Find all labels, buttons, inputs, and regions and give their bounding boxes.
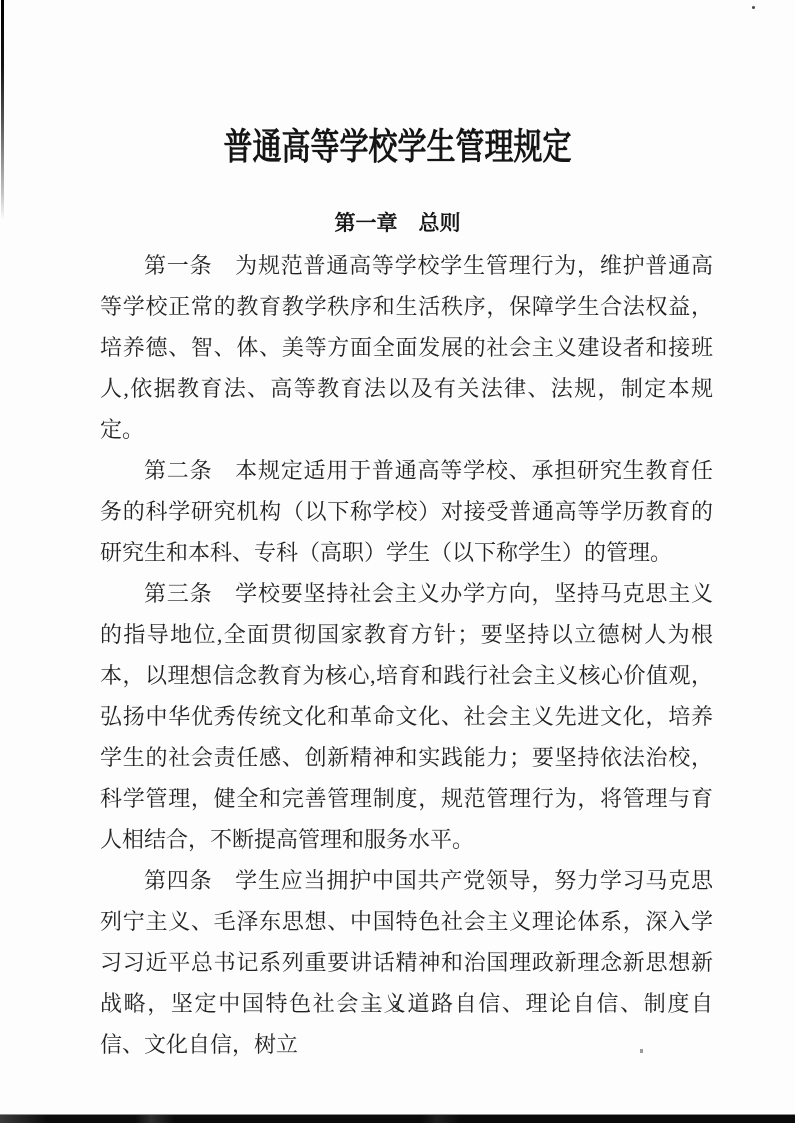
paragraph: 第一条 为规范普通高等学校学生管理行为，维护普通高等学校正常的教育教学秩序和生活…: [100, 245, 713, 450]
paragraph: 第三条 学校要坚持社会主义办学方向，坚持马克思主义的指导地位,全面贯彻国家教育方…: [100, 573, 713, 860]
paragraph: 第二条 本规定适用于普通高等学校、承担研究生教育任务的科学研究机构（以下称学校）…: [100, 450, 713, 573]
document-title: 普通高等学校学生管理规定: [0, 129, 795, 169]
scan-speck-bottom: [640, 1049, 643, 1053]
scan-edge-artifact-bottom: [0, 1114, 795, 1123]
document-body: 第一条 为规范普通高等学校学生管理行为，维护普通高等学校正常的教育教学秩序和生活…: [100, 245, 713, 1065]
page-number: — 3 —: [0, 997, 795, 1017]
scan-speck-top-right: [752, 6, 755, 9]
scan-edge-artifact-left: [1, 0, 4, 220]
scanned-document-page: 普通高等学校学生管理规定 第一章 总则 第一条 为规范普通高等学校学生管理行为，…: [0, 0, 795, 1123]
chapter-heading: 第一章 总则: [0, 211, 795, 236]
paragraph: 第四条 学生应当拥护中国共产党领导，努力学习马克思列宁主义、毛泽东思想、中国特色…: [100, 860, 713, 1065]
